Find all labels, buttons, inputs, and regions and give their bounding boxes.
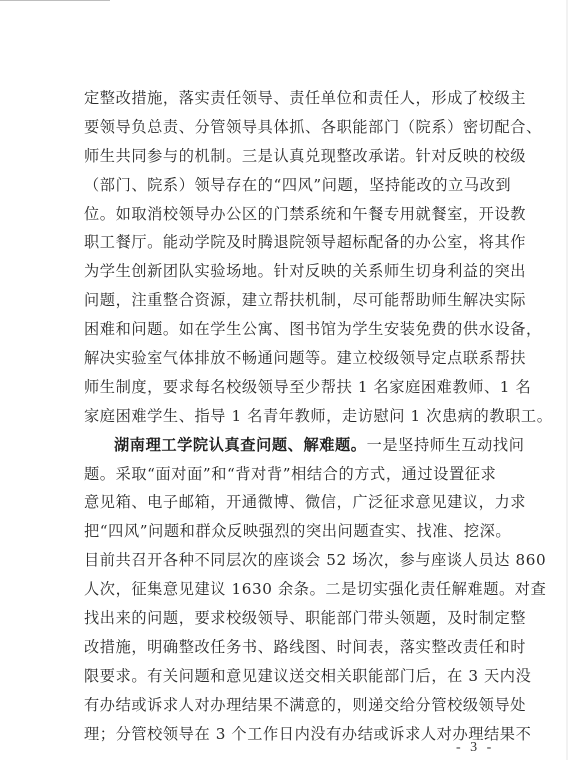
text-line: 人次，征集意见建议 1630 余条。二是切实强化责任解难题。对查: [84, 575, 494, 604]
text-line: 把“四风”问题和群众反映强烈的突出问题查实、找准、挖深。: [84, 517, 494, 546]
document-body: 定整改措施，落实责任领导、责任单位和责任人，形成了校级主 要领导负总责、分管领导…: [84, 84, 494, 748]
text-line: 找出来的问题，要求校级领导、职能部门带头领题，及时制定整: [84, 604, 494, 633]
text-line: 定整改措施，落实责任领导、责任单位和责任人，形成了校级主: [84, 84, 494, 113]
text-line: 家庭困难学生、指导 1 名青年教师，走访慰问 1 次患病的教职工。: [84, 402, 494, 431]
paragraph-text: 一是坚持师生互动找问: [367, 436, 525, 454]
paragraph-lead-line: 湖南理工学院认真查问题、解难题。一是坚持师生互动找问: [84, 431, 494, 460]
text-line: 位。如取消校领导办公区的门禁系统和午餐专用就餐室，开设教: [84, 200, 494, 229]
text-line: 改措施，明确整改任务书、路线图、时间表，落实整改责任和时: [84, 633, 494, 662]
text-line: 意见箱、电子邮箱，开通微博、微信，广泛征求意见建议，力求: [84, 488, 494, 517]
text-line: 要领导负总责、分管领导具体抓、各职能部门（院系）密切配合、: [84, 113, 494, 142]
text-line: 限要求。有关问题和意见建议送交相关职能部门后，在 3 天内没: [84, 662, 494, 691]
text-line: 问题，注重整合资源，建立帮扶机制，尽可能帮助师生解决实际: [84, 286, 494, 315]
text-line: 解决实验室气体排放不畅通问题等。建立校级领导定点联系帮扶: [84, 344, 494, 373]
text-line: 职工餐厅。能动学院及时腾退院领导超标配备的办公室，将其作: [84, 228, 494, 257]
page-number: - 3 -: [456, 740, 494, 756]
text-line: 题。采取“面对面”和“背对背”相结合的方式，通过设置征求: [84, 460, 494, 489]
scan-edge-artifact: [0, 0, 110, 1]
text-line: 有办结或诉求人对办理结果不满意的，则递交给分管校级领导处: [84, 691, 494, 720]
text-line: 困难和问题。如在学生公寓、图书馆为学生安装免费的供水设备，: [84, 315, 494, 344]
text-line: 理；分管校领导在 3 个工作日内没有办结或诉求人对办理结果不: [84, 720, 494, 749]
text-line: 师生制度，要求每名校级领导至少帮扶 1 名家庭困难教师、1 名: [84, 373, 494, 402]
text-line: 为学生创新团队实验场地。针对反映的关系师生切身利益的突出: [84, 257, 494, 286]
text-line: （部门、院系）领导存在的“四风”问题，坚持能改的立马改到: [84, 171, 494, 200]
text-line: 师生共同参与的机制。三是认真兑现整改承诺。针对反映的校级: [84, 142, 494, 171]
paragraph-heading: 湖南理工学院认真查问题、解难题。: [114, 436, 367, 454]
text-line: 目前共召开各种不同层次的座谈会 52 场次，参与座谈人员达 860: [84, 546, 494, 575]
